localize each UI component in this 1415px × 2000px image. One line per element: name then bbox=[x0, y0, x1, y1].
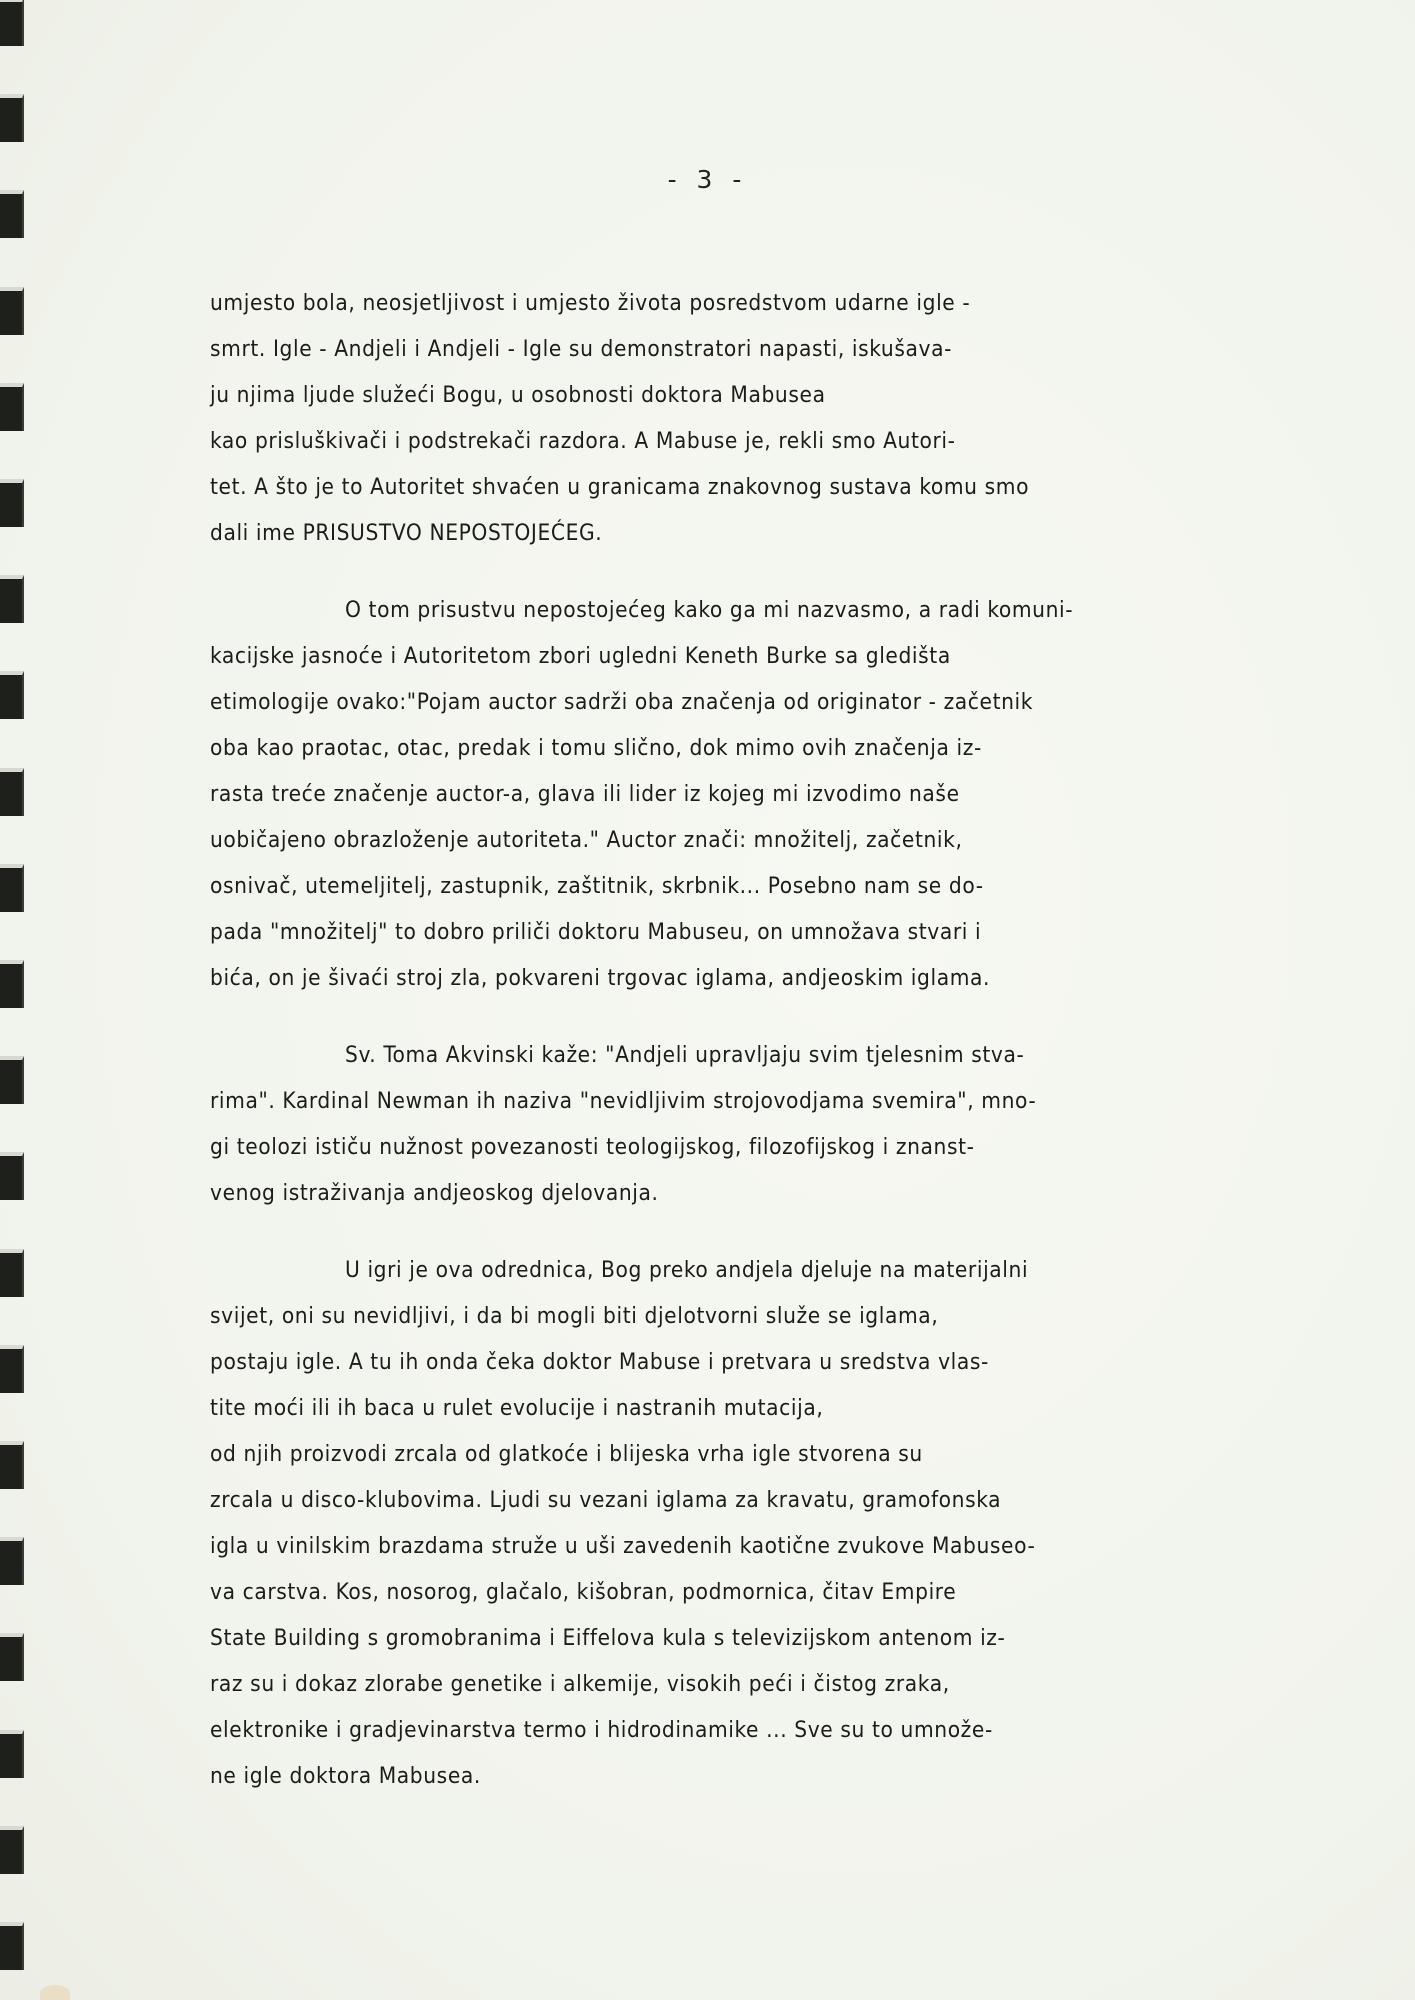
paragraph: Sv. Toma Akvinski kaže: "Andjeli upravlj… bbox=[210, 1032, 1290, 1216]
page-number: - 3 - bbox=[0, 165, 1415, 194]
binding-hole bbox=[0, 671, 24, 719]
text-line: raz su i dokaz zlorabe genetike i alkemi… bbox=[210, 1661, 1290, 1707]
text-line: ne igle doktora Mabusea. bbox=[210, 1753, 1290, 1799]
text-line: kacijske jasnoće i Autoritetom zbori ugl… bbox=[210, 633, 1290, 679]
binding-holes bbox=[0, 0, 40, 2000]
binding-hole bbox=[0, 383, 24, 431]
binding-hole bbox=[0, 479, 24, 527]
binding-hole bbox=[0, 1730, 24, 1778]
text-line: rima". Kardinal Newman ih naziva "nevidl… bbox=[210, 1078, 1290, 1124]
text-line: pada "množitelj" to dobro priliči doktor… bbox=[210, 909, 1290, 955]
text-line: tite moći ili ih baca u rulet evolucije … bbox=[210, 1385, 1290, 1431]
text-line: ju njima ljude služeći Bogu, u osobnosti… bbox=[210, 372, 1290, 418]
text-line: U igri je ova odrednica, Bog preko andje… bbox=[210, 1247, 1290, 1293]
paragraph: umjesto bola, neosjetljivost i umjesto ž… bbox=[210, 280, 1290, 556]
binding-hole bbox=[0, 1249, 24, 1297]
document-page: - 3 - umjesto bola, neosjetljivost i umj… bbox=[0, 0, 1415, 2000]
text-line: od njih proizvodi zrcala od glatkoće i b… bbox=[210, 1431, 1290, 1477]
binding-hole bbox=[0, 1633, 24, 1681]
text-line: dali ime PRISUSTVO NEPOSTOJEĆEG. bbox=[210, 510, 1290, 556]
body-text: umjesto bola, neosjetljivost i umjesto ž… bbox=[210, 280, 1290, 1830]
binding-hole bbox=[0, 1441, 24, 1489]
text-line: State Building s gromobranima i Eiffelov… bbox=[210, 1615, 1290, 1661]
text-line: etimologije ovako:"Pojam auctor sadrži o… bbox=[210, 679, 1290, 725]
text-line: umjesto bola, neosjetljivost i umjesto ž… bbox=[210, 280, 1290, 326]
text-line: O tom prisustvu nepostojećeg kako ga mi … bbox=[210, 587, 1290, 633]
binding-hole bbox=[0, 1345, 24, 1393]
text-line: elektronike i gradjevinarstva termo i hi… bbox=[210, 1707, 1290, 1753]
binding-hole bbox=[0, 94, 24, 142]
paragraph: U igri je ova odrednica, Bog preko andje… bbox=[210, 1247, 1290, 1799]
text-line: smrt. Igle - Andjeli i Andjeli - Igle su… bbox=[210, 326, 1290, 372]
binding-hole bbox=[0, 190, 24, 238]
text-line: zrcala u disco-klubovima. Ljudi su vezan… bbox=[210, 1477, 1290, 1523]
binding-hole bbox=[0, 1152, 24, 1200]
binding-hole bbox=[0, 864, 24, 912]
binding-hole bbox=[0, 1537, 24, 1585]
text-line: va carstva. Kos, nosorog, glačalo, kišob… bbox=[210, 1569, 1290, 1615]
text-line: Sv. Toma Akvinski kaže: "Andjeli upravlj… bbox=[210, 1032, 1290, 1078]
text-line: bića, on je šivaći stroj zla, pokvareni … bbox=[210, 955, 1290, 1001]
text-line: osnivač, utemeljitelj, zastupnik, zaštit… bbox=[210, 863, 1290, 909]
binding-hole bbox=[0, 768, 24, 816]
text-line: rasta treće značenje auctor-a, glava ili… bbox=[210, 771, 1290, 817]
text-line: kao prisluškivači i podstrekači razdora.… bbox=[210, 418, 1290, 464]
text-line: svijet, oni su nevidljivi, i da bi mogli… bbox=[210, 1293, 1290, 1339]
binding-hole bbox=[0, 1922, 24, 1970]
paper-stain bbox=[40, 1985, 70, 2000]
text-line: igla u vinilskim brazdama struže u uši z… bbox=[210, 1523, 1290, 1569]
text-line: oba kao praotac, otac, predak i tomu sli… bbox=[210, 725, 1290, 771]
text-line: uobičajeno obrazloženje autoriteta." Auc… bbox=[210, 817, 1290, 863]
binding-hole bbox=[0, 287, 24, 335]
binding-hole bbox=[0, 1056, 24, 1104]
binding-hole bbox=[0, 1826, 24, 1874]
text-line: tet. A što je to Autoritet shvaćen u gra… bbox=[210, 464, 1290, 510]
binding-hole bbox=[0, 575, 24, 623]
binding-hole bbox=[0, 960, 24, 1008]
text-line: venog istraživanja andjeoskog djelovanja… bbox=[210, 1170, 1290, 1216]
text-line: gi teolozi ističu nužnost povezanosti te… bbox=[210, 1124, 1290, 1170]
text-line: postaju igle. A tu ih onda čeka doktor M… bbox=[210, 1339, 1290, 1385]
binding-hole bbox=[0, 0, 24, 46]
paragraph: O tom prisustvu nepostojećeg kako ga mi … bbox=[210, 587, 1290, 1001]
